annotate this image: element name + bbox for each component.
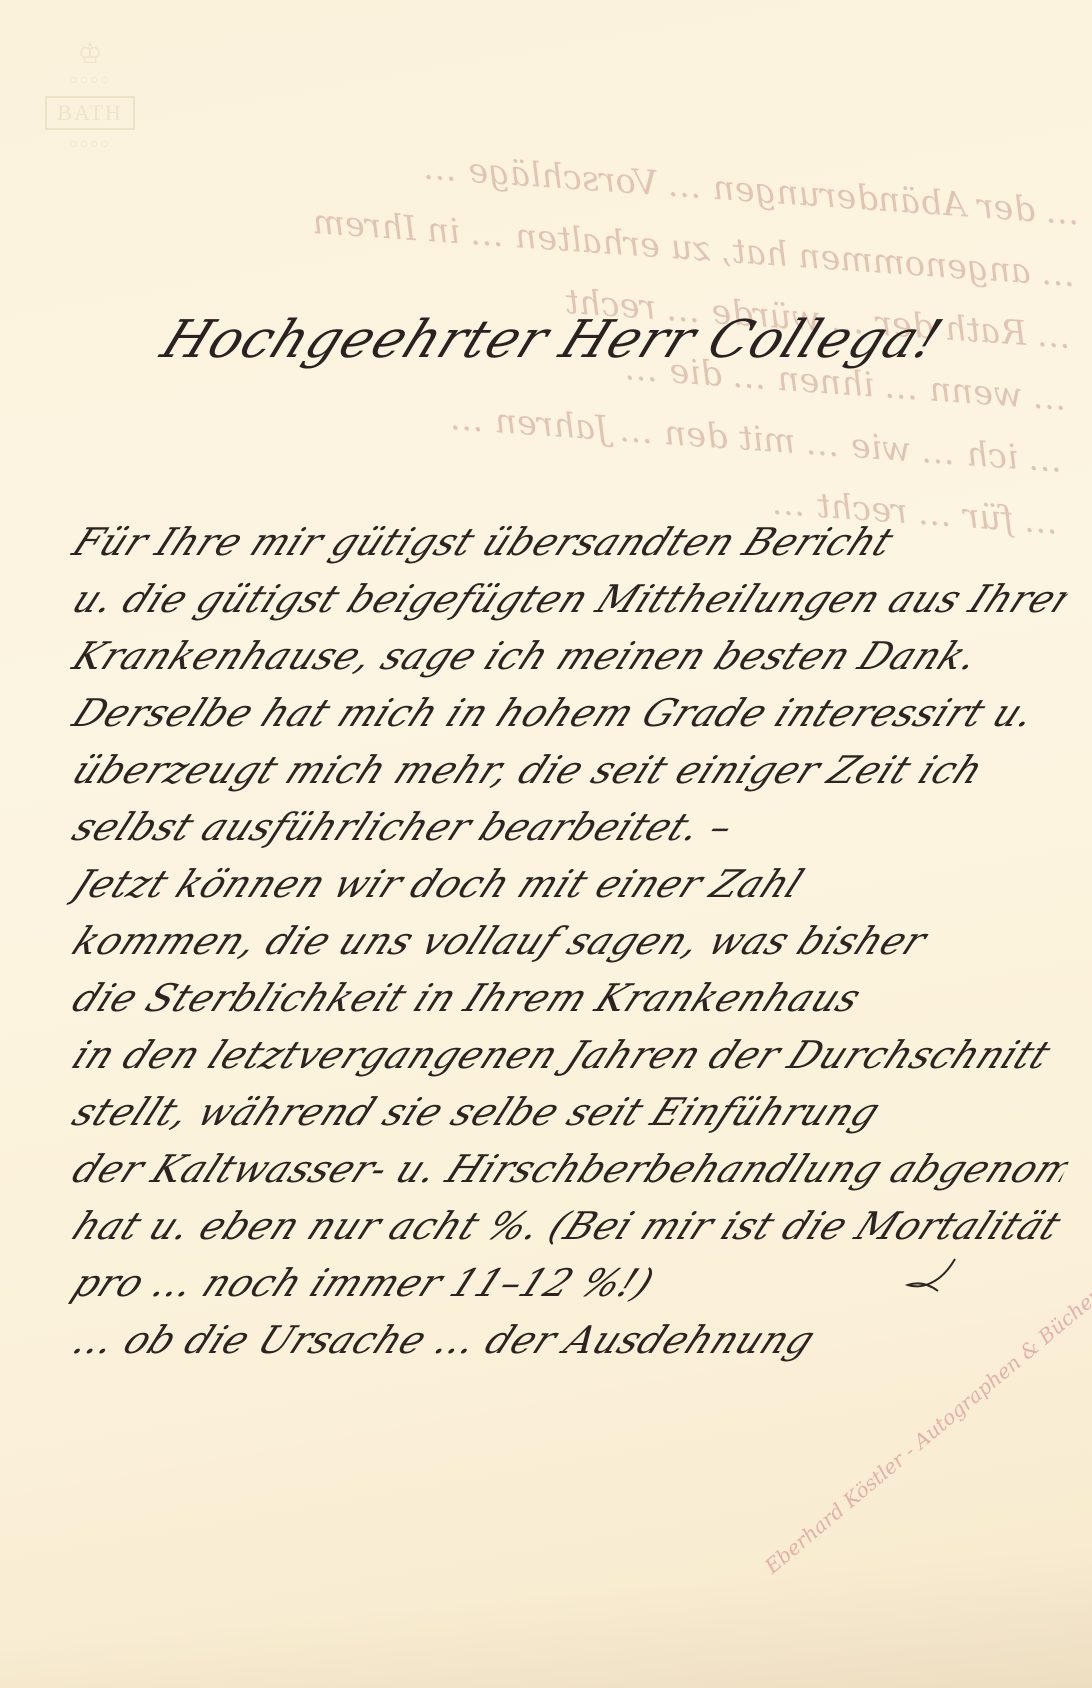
body-line: der Kaltwasser- u. Hirschberbehandlung a… — [60, 1147, 1075, 1204]
paper-shadow — [0, 1548, 1092, 1688]
stamp-ring-top: ○○○○ — [30, 70, 150, 92]
stamp-text: BATH — [45, 96, 134, 130]
embossed-blindstamp: ♔ ○○○○ BATH ○○○○ — [30, 40, 150, 190]
body-line: Für Ihre mir gütigst übersandten Bericht — [60, 520, 1075, 577]
body-line: hat u. eben nur acht %. (Bei mir ist die… — [60, 1204, 1075, 1261]
body-line: selbst ausführlicher bearbeitet. – — [60, 805, 1075, 862]
letter-salutation: Hochgeehrter Herr Collega! — [153, 310, 951, 370]
page-turn-swash-icon — [900, 1255, 960, 1295]
body-line: Derselbe hat mich in hohem Grade interes… — [60, 691, 1075, 748]
letter-body: Für Ihre mir gütigst übersandten Bericht… — [60, 520, 1050, 1375]
body-line: u. die gütigst beigefügten Mittheilungen… — [60, 577, 1075, 634]
body-line: kommen, die uns vollauf sagen, was bishe… — [60, 919, 1075, 976]
body-line: Krankenhause, sage ich meinen besten Dan… — [60, 634, 1075, 691]
body-line: Jetzt können wir doch mit einer Zahl — [60, 862, 1075, 919]
body-line: in den letztvergangenen Jahren der Durch… — [60, 1033, 1075, 1090]
letter-page: ♔ ○○○○ BATH ○○○○ … der Abänderungen … Vo… — [0, 0, 1092, 1688]
body-line: die Sterblichkeit in Ihrem Krankenhaus — [60, 976, 1075, 1033]
body-line: … ob die Ursache … der Ausdehnung — [60, 1318, 1075, 1375]
body-line: überzeugt mich mehr, die seit einiger Ze… — [60, 748, 1075, 805]
body-line: stellt, während sie selbe seit Einführun… — [60, 1090, 1075, 1147]
stamp-ring-bottom: ○○○○ — [30, 134, 150, 156]
crown-icon: ♔ — [30, 40, 150, 70]
